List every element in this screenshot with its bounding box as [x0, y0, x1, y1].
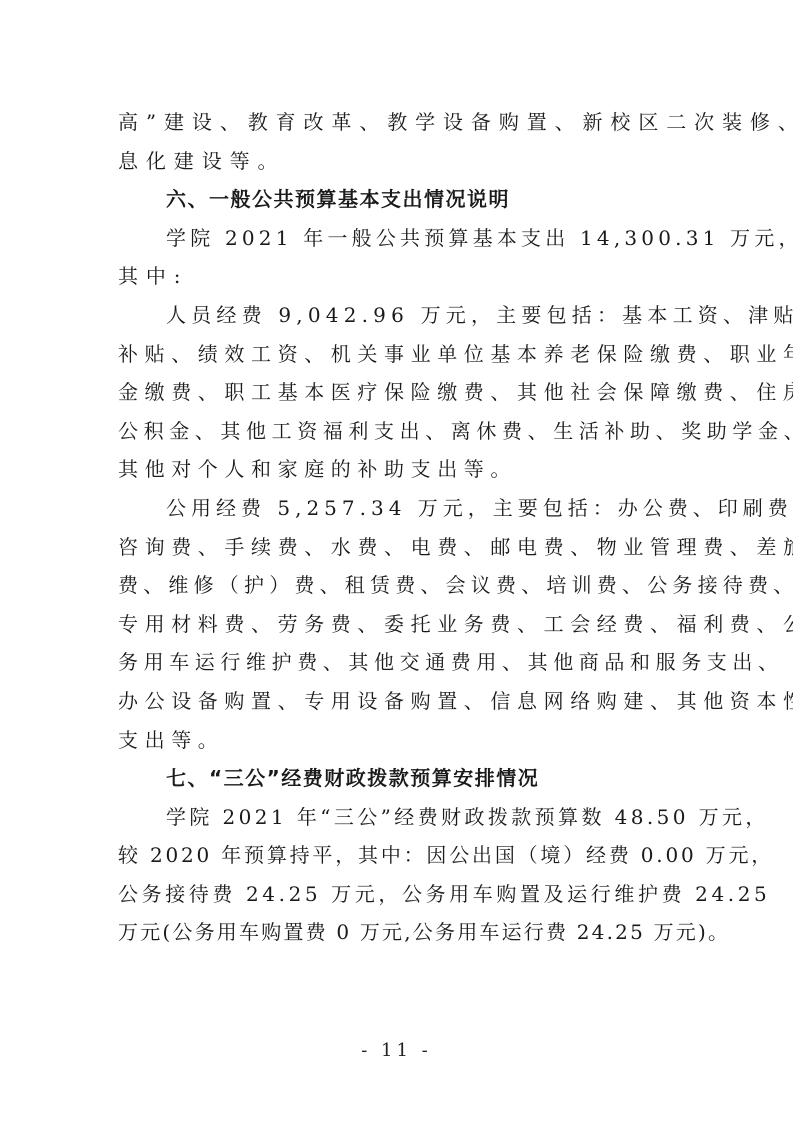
text-line: 其中:: [118, 257, 674, 296]
text-line: 费、维修（护）费、租赁费、会议费、培训费、公务接待费、: [118, 566, 674, 605]
text-line: 咨询费、手续费、水费、电费、邮电费、物业管理费、差旅: [118, 528, 674, 567]
text-line: 人员经费 9,042.96 万元，主要包括：基本工资、津贴: [118, 296, 674, 335]
text-line: 补贴、绩效工资、机关事业单位基本养老保险缴费、职业年: [118, 335, 674, 374]
text-line: 公用经费 5,257.34 万元，主要包括：办公费、印刷费、: [118, 489, 674, 528]
section-heading-7: 七、“三公”经费财政拨款预算安排情况: [118, 759, 674, 798]
text-line: 公积金、其他工资福利支出、离休费、生活补助、奖助学金、: [118, 412, 674, 451]
text-line: 学院 2021 年一般公共预算基本支出 14,300.31 万元，: [118, 219, 674, 258]
text-line: 务用车运行维护费、其他交通费用、其他商品和服务支出、: [118, 643, 674, 682]
text-line: 办公设备购置、专用设备购置、信息网络购建、其他资本性: [118, 682, 674, 721]
text-line: 其他对个人和家庭的补助支出等。: [118, 450, 674, 489]
section-heading-6: 六、一般公共预算基本支出情况说明: [118, 180, 674, 219]
text-line: 高”建设、教育改革、教学设备购置、新校区二次装修、信: [118, 103, 674, 142]
text-line: 公务接待费 24.25 万元，公务用车购置及运行维护费 24.25: [118, 875, 674, 914]
text-line: 支出等。: [118, 721, 674, 760]
text-line: 万元(公务用车购置费 0 万元,公务用车运行费 24.25 万元)。: [118, 913, 674, 952]
document-body: 高”建设、教育改革、教学设备购置、新校区二次装修、信 息化建设等。 六、一般公共…: [118, 103, 674, 952]
text-line: 金缴费、职工基本医疗保险缴费、其他社会保障缴费、住房: [118, 373, 674, 412]
text-line: 息化建设等。: [118, 142, 674, 181]
text-line: 专用材料费、劳务费、委托业务费、工会经费、福利费、公: [118, 605, 674, 644]
text-line: 较 2020 年预算持平，其中：因公出国（境）经费 0.00 万元，: [118, 836, 674, 875]
page-number: - 11 -: [0, 1040, 793, 1061]
text-line: 学院 2021 年“三公”经费财政拨款预算数 48.50 万元，: [118, 798, 674, 837]
